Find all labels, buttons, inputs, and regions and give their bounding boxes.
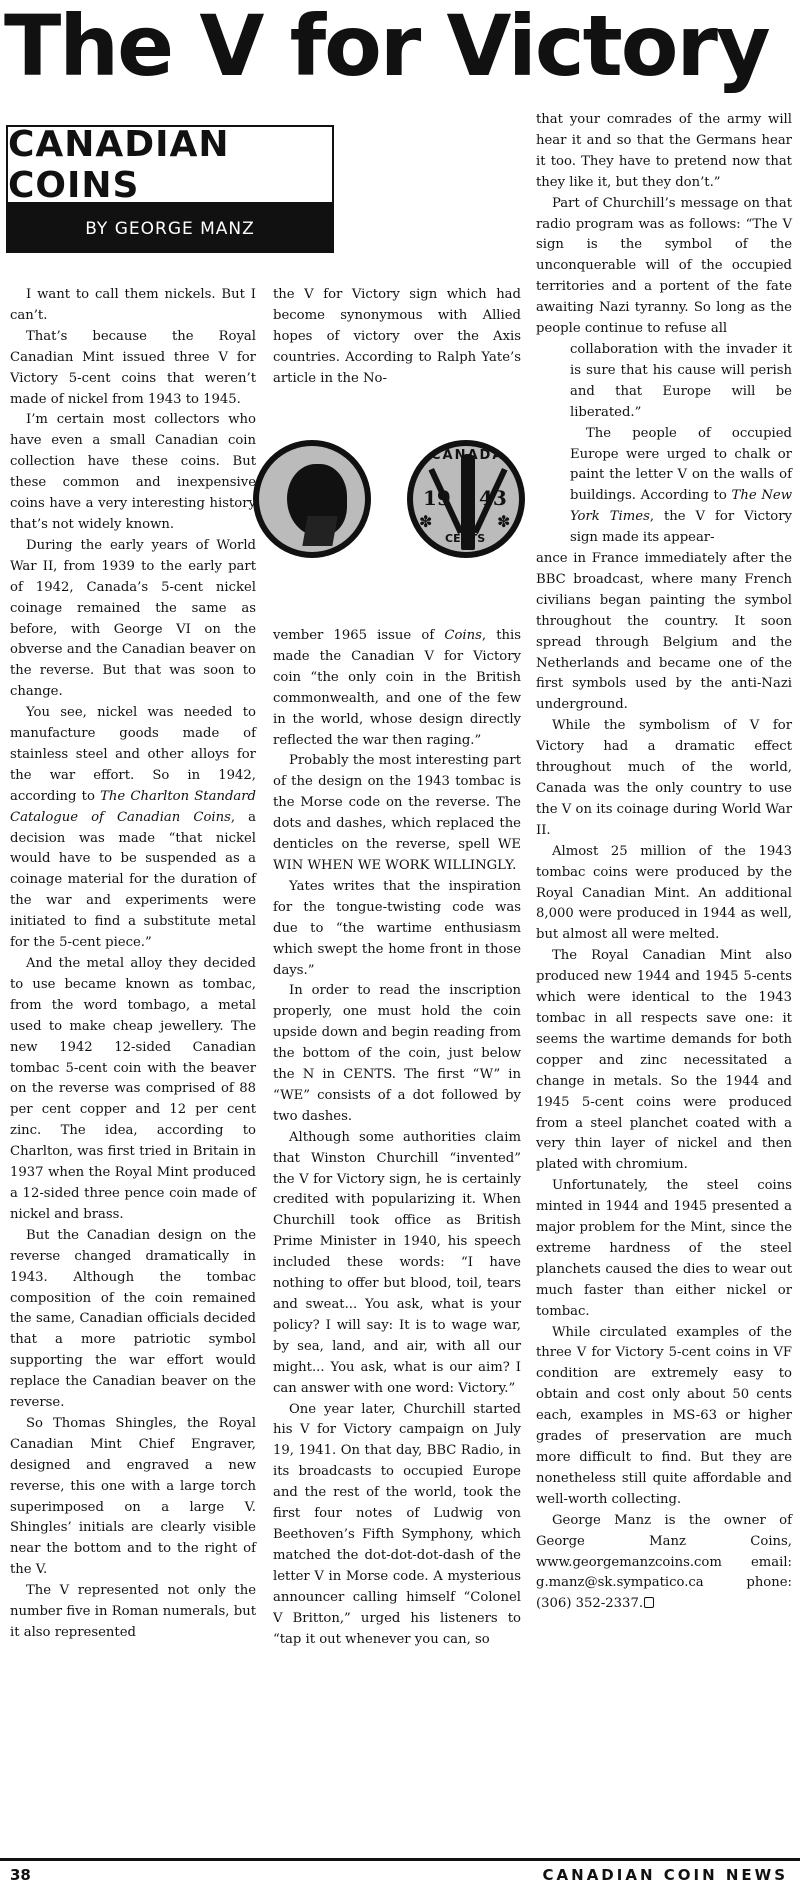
column-name: CANADIAN COINS <box>8 127 332 204</box>
paragraph: While circulated examples of the three V… <box>536 1323 792 1511</box>
column-banner: CANADIAN COINS BY GEORGE MANZ <box>6 125 334 253</box>
footer-rule <box>0 1858 800 1861</box>
coin-year-left: 19 <box>423 486 451 510</box>
paragraph: In order to read the inscription properl… <box>273 981 521 1127</box>
paragraph: And the metal alloy they decided to use … <box>10 954 256 1226</box>
paragraph: You see, nickel was needed to manufactur… <box>10 703 256 954</box>
paragraph: Unfortunately, the steel coins minted in… <box>536 1176 792 1322</box>
inset-block: collaboration with the invader it is sur… <box>570 340 792 549</box>
publication-name: CANADIAN COIN NEWS <box>543 1866 788 1884</box>
text-column-2: vember 1965 issue of Coins, this made th… <box>273 626 521 1650</box>
paragraph: While the symbolism of V for Victory had… <box>536 716 792 841</box>
coin-year-right: 43 <box>479 486 507 510</box>
paragraph: Almost 25 million of the 1943 tombac coi… <box>536 842 792 947</box>
byline: BY GEORGE MANZ <box>8 204 332 253</box>
coin-reverse-image: CANADA 19 43 ✽ ✽ CENTS <box>407 440 525 558</box>
text-column-3: that your comrades of the army will hear… <box>536 110 792 1615</box>
paragraph: Although some authorities claim that Win… <box>273 1128 521 1400</box>
coin-obverse-image <box>253 440 371 558</box>
paragraph: ance in France immediately after the BBC… <box>536 549 792 716</box>
paragraph: collaboration with the invader it is sur… <box>570 340 792 424</box>
paragraph: that your comrades of the army will hear… <box>536 110 792 194</box>
paragraph: That’s because the Royal Canadian Mint i… <box>10 327 256 411</box>
page-number: 38 <box>10 1866 31 1884</box>
paragraph: The Royal Canadian Mint also produced ne… <box>536 946 792 1176</box>
text-run: , this made the Canadian V for Victory c… <box>273 628 521 748</box>
paragraph: The V represented not only the number fi… <box>10 1581 256 1644</box>
text-run: , a decision was made “that nickel would… <box>10 810 256 950</box>
maple-leaf-icon: ✽ <box>497 512 510 532</box>
article-headline: The V for Victory <box>0 0 800 92</box>
paragraph: I’m certain most collectors who have eve… <box>10 410 256 535</box>
paragraph: the V for Victory sign which had become … <box>273 285 521 390</box>
paragraph: vember 1965 issue of Coins, this made th… <box>273 626 521 751</box>
paragraph: One year later, Churchill started his V … <box>273 1400 521 1651</box>
coins-illustration: CANADA 19 43 ✽ ✽ CENTS <box>245 440 535 570</box>
magazine-title: Coins <box>444 628 482 643</box>
text-run: vember 1965 issue of <box>273 628 444 643</box>
paragraph: I want to call them nickels. But I can’t… <box>10 285 256 327</box>
author-bio: George Manz is the owner of George Manz … <box>536 1511 792 1616</box>
paragraph: So Thomas Shingles, the Royal Canadian M… <box>10 1414 256 1581</box>
paragraph: Yates writes that the inspiration for th… <box>273 877 521 982</box>
paragraph: But the Canadian design on the reverse c… <box>10 1226 256 1414</box>
end-mark-icon <box>644 1597 654 1608</box>
paragraph: During the early years of World War II, … <box>10 536 256 703</box>
text-column-2-top: the V for Victory sign which had become … <box>273 285 521 390</box>
paragraph: The people of occupied Europe were urged… <box>570 424 792 549</box>
paragraph: Probably the most interesting part of th… <box>273 751 521 876</box>
text-column-1: I want to call them nickels. But I can’t… <box>10 285 256 1644</box>
portrait-neck <box>302 516 337 546</box>
maple-leaf-icon: ✽ <box>419 512 432 532</box>
coin-legend-cents: CENTS <box>445 532 485 545</box>
paragraph: Part of Churchill’s message on that radi… <box>536 194 792 340</box>
bio-text: George Manz is the owner of George Manz … <box>536 1513 792 1549</box>
website-link[interactable]: www.georgemanzcoins.com <box>536 1555 722 1570</box>
